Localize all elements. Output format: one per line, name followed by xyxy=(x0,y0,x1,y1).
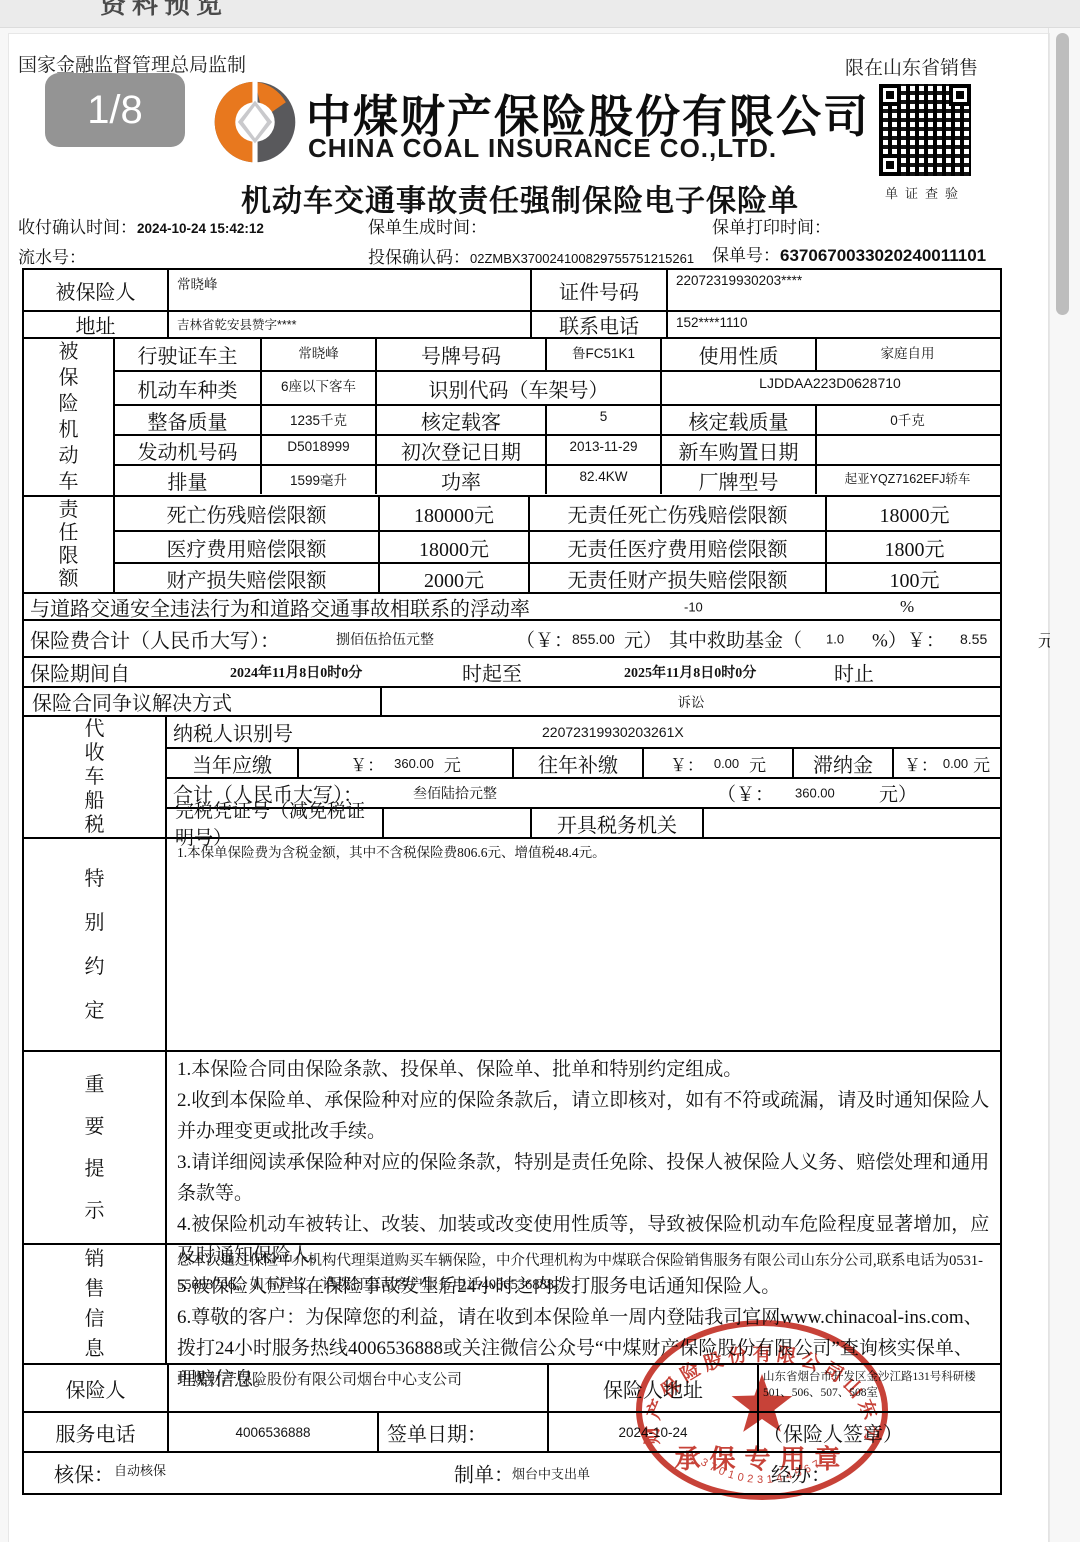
page-edge-line xyxy=(1048,28,1049,1542)
issue-value: 烟台中支出单 xyxy=(512,1464,590,1483)
pay-confirm-label: 收付确认时间： xyxy=(18,218,137,237)
policy-number: 保单号：6370670033020240011101 xyxy=(712,241,986,266)
prev-tax-value: ￥： 0.00 元 xyxy=(642,749,792,777)
insured-name-label: 被保险人 xyxy=(24,270,167,310)
special-section-label: 特别约定 xyxy=(84,857,106,1033)
seats-value: 5 xyxy=(545,406,660,434)
notice-section-label: 重要提示 xyxy=(84,1064,106,1232)
property-limit-value: 2000元 xyxy=(378,564,528,592)
nofault-property-limit-label: 无责任财产损失赔偿限额 xyxy=(528,564,825,592)
policy-number-value: 6370670033020240011101 xyxy=(780,246,986,265)
tax-sum-paren: （￥： xyxy=(717,780,774,807)
premium-paren-close: 元） xyxy=(624,625,662,652)
tax-cert-label: 完税凭证号（减免税证明号） xyxy=(167,809,382,837)
sign-date-label: 签单日期： xyxy=(377,1413,547,1451)
stamp-center-text: 承保专用章 xyxy=(674,1444,849,1474)
current-tax-value: ￥： 360.00 元 xyxy=(297,749,512,777)
policy-generate-time: 保单生成时间： xyxy=(368,213,487,238)
load-label: 核定载质量 xyxy=(660,406,815,434)
rescue-fund-mid: %）￥： xyxy=(872,625,945,652)
nofault-death-limit-value: 18000元 xyxy=(825,497,1002,530)
power-value: 82.4KW xyxy=(545,466,660,494)
stamp-arc-text: 中煤财产保险股份有限公司山东分公司 xyxy=(630,1316,884,1445)
tax-authority-label: 开具税务机关 xyxy=(530,809,702,837)
usage-label: 使用性质 xyxy=(660,339,815,370)
tax-section: 代收车船税 纳税人识别号 22072319930203261X 当年应缴 ￥： … xyxy=(22,715,1002,839)
medical-limit-label: 医疗费用赔偿限额 xyxy=(115,532,378,562)
premium-paren-open: （￥： xyxy=(516,625,573,652)
rescue-fund-rate: 1.0 xyxy=(826,631,844,646)
current-tax-label: 当年应缴 xyxy=(167,749,297,777)
purchase-date-label: 新车购置日期 xyxy=(660,436,815,464)
service-phone-value: 4006536888 xyxy=(167,1413,377,1451)
first-reg-value: 2013-11-29 xyxy=(545,436,660,464)
nofault-property-limit-value: 100元 xyxy=(825,564,1002,592)
vehicle-type-label: 机动车种类 xyxy=(115,372,260,404)
first-reg-label: 初次登记日期 xyxy=(375,436,545,464)
death-limit-value: 180000元 xyxy=(378,497,528,530)
tax-authority-value xyxy=(702,809,1004,837)
pay-confirm-value: 2024-10-24 15:42:12 xyxy=(137,221,264,236)
insured-id-value: 22072319930203**** xyxy=(666,270,1004,310)
important-notice-section: 重要提示 1.本保险合同由保险条款、投保单、保险单、批单和特别约定组成。 2.收… xyxy=(22,1050,1002,1245)
insurance-period-row: 保险期间自 2024年11月8日0时0分 时起至 2025年11月8日0时0分 … xyxy=(22,656,1002,688)
plate-value: 鲁FC51K1 xyxy=(545,339,660,370)
insured-name-value: 常晓峰 xyxy=(167,270,530,310)
prev-tax-label: 往年补缴 xyxy=(512,749,642,777)
vehicle-type-value: 6座以下客车 xyxy=(260,372,375,404)
liability-section: 责任限额 死亡伤残赔偿限额 180000元 无责任死亡伤残赔偿限额 18000元… xyxy=(22,495,1002,594)
medical-limit-value: 18000元 xyxy=(378,532,528,562)
float-rate-unit: % xyxy=(900,597,914,617)
engine-value: D5018999 xyxy=(260,436,375,464)
tax-sum-close: 元） xyxy=(879,780,917,807)
dispute-label: 保险合同争议解决方式 xyxy=(24,688,380,715)
company-name-en: CHINA COAL INSURANCE CO.,LTD. xyxy=(308,133,777,164)
tax-sum-value: 360.00 xyxy=(795,786,835,801)
page-indicator: 1/8 xyxy=(87,88,143,133)
notice-line: 2.收到本保险单、承保险种对应的保险条款后，请立即核对，如有不符或疏漏，请及时通… xyxy=(177,1085,990,1147)
period-end: 时止 xyxy=(834,658,874,687)
serial-number: 流水号： xyxy=(18,243,86,268)
policy-print-time: 保单打印时间： xyxy=(712,213,831,238)
underwriting-label: 核保： xyxy=(54,1459,114,1488)
premium-total-label: 保险费合计（人民币大写）： xyxy=(30,624,280,653)
qr-code xyxy=(879,84,971,176)
period-from: 2024年11月8日0时0分 xyxy=(230,662,362,682)
taxpayer-id-value: 22072319930203261X xyxy=(542,724,684,740)
late-fee-label: 滞纳金 xyxy=(792,749,892,777)
float-rate-row: 与道路交通安全违法行为和道路交通事故相联系的浮动率 -10 % xyxy=(22,592,1002,621)
curb-weight-value: 1235千克 xyxy=(260,406,375,434)
period-to: 2025年11月8日0时0分 xyxy=(624,662,756,682)
property-limit-label: 财产损失赔偿限额 xyxy=(115,564,378,592)
vin-value: LJDDAA223D0628710 xyxy=(660,372,998,404)
model-label: 厂牌型号 xyxy=(660,466,815,494)
apply-confirm-code: 投保确认码：02ZMBX370024100829755751215261 xyxy=(368,243,694,268)
premium-total-cn: 捌佰伍拾伍元整 xyxy=(336,629,434,649)
nofault-medical-limit-value: 1800元 xyxy=(825,532,1002,562)
rescue-fund-unit-clipped: 元 xyxy=(1038,626,1050,651)
displacement-label: 排量 xyxy=(115,466,260,494)
taxpayer-id-label: 纳税人识别号 xyxy=(173,718,293,747)
address-label: 地址 xyxy=(24,312,167,337)
displacement-value: 1599毫升 xyxy=(260,466,375,494)
tax-section-label: 代收车船税 xyxy=(84,717,106,837)
vehicle-section: 被保险机动车 行驶证车主 常晓峰 号牌号码 鲁FC51K1 使用性质 家庭自用 … xyxy=(22,337,1002,497)
plate-label: 号牌号码 xyxy=(375,339,545,370)
premium-total-amount: 855.00 xyxy=(572,631,615,647)
underwriting-stamp: 中煤财产保险股份有限公司山东分公司 承保专用章 3701023144567 xyxy=(630,1316,894,1512)
special-provisions-section: 特别约定 1.本保单保险费为含税金额，其中不含税保险费806.6元、增值税48.… xyxy=(22,837,1002,1052)
viewer-title-clipped: 资料预览 xyxy=(100,0,228,21)
region-restriction-note: 限在山东省销售 xyxy=(845,53,978,80)
late-fee-value: ￥： 0.00 元 xyxy=(892,749,1000,777)
usage-value: 家庭自用 xyxy=(815,339,998,370)
model-value: 起亚YQZ7162EFJ轿车 xyxy=(815,466,998,494)
address-value: 吉林省乾安县赞字**** xyxy=(167,312,530,337)
nofault-death-limit-label: 无责任死亡伤残赔偿限额 xyxy=(528,497,825,530)
insured-section: 被保险人 常晓峰 证件号码 22072319930203**** 地址 吉林省乾… xyxy=(22,268,1002,339)
company-logo-icon xyxy=(212,68,298,176)
scrollbar-thumb[interactable] xyxy=(1056,33,1069,315)
float-rate-value: -10 xyxy=(684,599,703,614)
period-mid: 时起至 xyxy=(462,658,522,687)
insured-id-label: 证件号码 xyxy=(530,270,666,310)
phone-value: 152****1110 xyxy=(666,312,1004,337)
vehicle-section-label: 被保险机动车 xyxy=(58,339,80,495)
dispute-value: 诉讼 xyxy=(380,688,1000,715)
notice-line: 3.请详细阅读承保险种对应的保险条款，特别是责任免除、投保人被保险人义务、赔偿处… xyxy=(177,1147,990,1209)
rescue-fund-label: 其中救助基金（ xyxy=(669,625,802,652)
viewer-top-bar: 资料预览 xyxy=(0,0,1080,28)
apply-confirm-code-value: 02ZMBX370024100829755751215261 xyxy=(470,251,694,266)
dispute-row: 保险合同争议解决方式 诉讼 xyxy=(22,686,1002,717)
engine-label: 发动机号码 xyxy=(115,436,260,464)
sales-section-label: 销售信息 xyxy=(84,1244,106,1364)
load-value: 0千克 xyxy=(815,406,998,434)
vin-label: 识别代码（车架号） xyxy=(375,372,660,404)
service-phone-label: 服务电话 xyxy=(24,1413,167,1451)
rescue-fund-amount: 8.55 xyxy=(960,631,987,647)
seats-label: 核定载客 xyxy=(375,406,545,434)
insurer-label: 保险人 xyxy=(24,1365,167,1411)
policy-table: 被保险人 常晓峰 证件号码 22072319930203**** 地址 吉林省乾… xyxy=(22,268,1002,1495)
power-label: 功率 xyxy=(375,466,545,494)
notice-line: 1.本保险合同由保险条款、投保单、保险单、批单和特别约定组成。 xyxy=(177,1054,990,1085)
issue-label: 制单： xyxy=(454,1459,514,1488)
svg-text:中煤财产保险股份有限公司山东分公司: 中煤财产保险股份有限公司山东分公司 xyxy=(630,1316,884,1445)
nofault-medical-limit-label: 无责任医疗费用赔偿限额 xyxy=(528,532,825,562)
premium-total-row: 保险费合计（人民币大写）： 捌佰伍拾伍元整 （￥： 855.00 元） 其中救助… xyxy=(22,619,1002,658)
phone-label: 联系电话 xyxy=(530,312,666,337)
tax-cert-value xyxy=(382,809,530,837)
page-indicator-badge: 1/8 xyxy=(45,73,185,147)
insurer-value: 中煤财产保险股份有限公司烟台中心支公司 xyxy=(167,1365,547,1411)
pay-confirm-time: 收付确认时间：2024-10-24 15:42:12 xyxy=(18,213,264,238)
purchase-date-value xyxy=(815,436,998,464)
period-label: 保险期间自 xyxy=(30,658,130,687)
liability-section-label: 责任限额 xyxy=(58,499,80,591)
death-limit-label: 死亡伤残赔偿限额 xyxy=(115,497,378,530)
float-rate-label: 与道路交通安全违法行为和道路交通事故相联系的浮动率 xyxy=(30,592,530,621)
sales-info-text: 您本次通过保险中介机构代理渠道购买车辆保险，中介代理机构为中煤联合保险销售服务有… xyxy=(167,1245,1000,1301)
curb-weight-label: 整备质量 xyxy=(115,406,260,434)
stamp-star-icon xyxy=(732,1374,793,1432)
underwriting-value: 自动核保 xyxy=(114,1460,166,1479)
owner-value: 常晓峰 xyxy=(260,339,375,370)
owner-label: 行驶证车主 xyxy=(115,339,260,370)
tax-sum-cn: 叁佰陆拾元整 xyxy=(413,783,497,803)
